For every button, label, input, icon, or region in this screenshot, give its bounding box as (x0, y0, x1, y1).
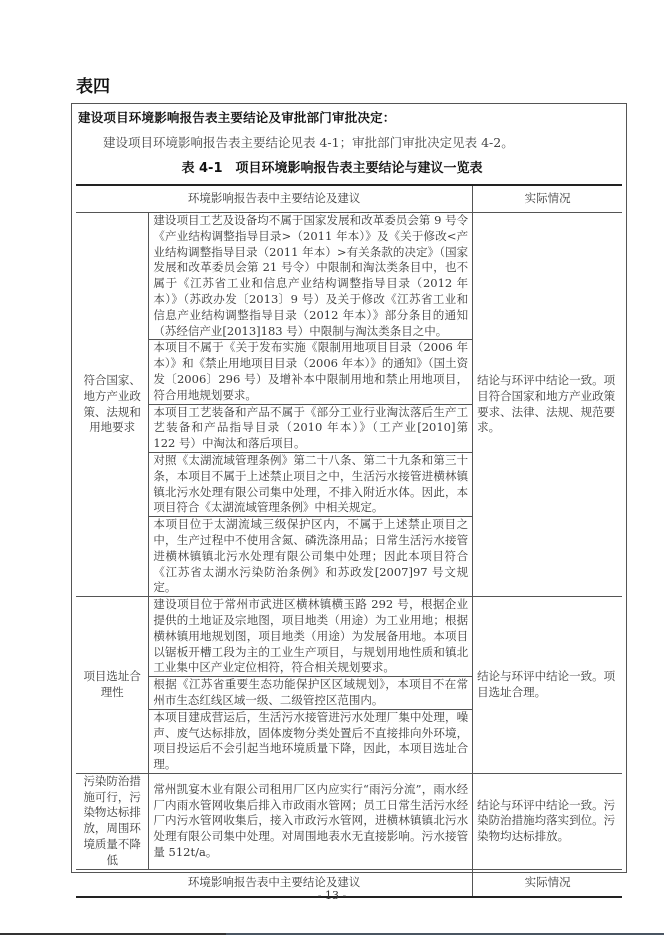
section-heading: 建设项目环境影响报告表主要结论及审批部门审批决定： (78, 108, 396, 126)
category-cell: 项目选址合理性 (76, 597, 149, 774)
conclusion-cell: 建设项目工艺及设备均不属于国家发展和改革委员会第 9 号令《产业结构调整指导目录… (149, 213, 473, 340)
conclusion-cell: 对照《太湖流域管理条例》第二十八条、第二十九条和第三十条，本项目不属于上述禁止项… (149, 452, 473, 516)
category-cell: 符合国家、地方产业政策、法规和用地要求 (76, 213, 149, 597)
category-cell: 污染防治措施可行，污染物达标排放，周围环境质量不降低 (76, 773, 149, 869)
conclusion-cell: 本项目工艺装备和产品不属于《部分工业行业淘汰落后生产工艺装备和产品指导目录（20… (149, 404, 473, 452)
conclusion-cell: 本项目位于太湖流域三级保护区内，不属于上述禁止项目之中，生产过程中不使用含氮、磷… (149, 517, 473, 597)
conclusion-cell: 建设项目位于常州市武进区横林镇横玉路 292 号，根据企业提供的土地证及宗地图，… (149, 597, 473, 677)
conclusions-table: 环境影响报告表中主要结论及建议 实际情况 符合国家、地方产业政策、法规和用地要求… (76, 184, 622, 898)
page-heading: 表四 (76, 72, 110, 97)
header-actual: 实际情况 (473, 185, 622, 213)
table-title: 表 4-1 项目环境影响报告表主要结论与建议一览表 (0, 157, 664, 176)
conclusion-cell: 常州凯宴木业有限公司租用厂区内应实行“雨污分流”，雨水经厂内雨水管网收集后排入市… (149, 773, 473, 869)
header-conclusions: 环境影响报告表中主要结论及建议 (76, 185, 473, 213)
actual-cell: 结论与环评中结论一致。项目符合国家和地方产业政策要求、法律、法规、规范要求。 (473, 213, 622, 597)
conclusion-cell: 本项目不属于《关于发布实施《限制用地项目目录（2006 年本）》和《禁止用地项目… (149, 340, 473, 404)
table-row: 符合国家、地方产业政策、法规和用地要求 建设项目工艺及设备均不属于国家发展和改革… (76, 213, 622, 340)
actual-cell: 结论与环评中结论一致。污染防治措施均落实到位。污染物均达标排放。 (473, 773, 622, 869)
table-row: 污染防治措施可行，污染物达标排放，周围环境质量不降低 常州凯宴木业有限公司租用厂… (76, 773, 622, 869)
intro-paragraph: 建设项目环境影响报告表主要结论见表 4-1；审批部门审批决定见表 4-2。 (103, 133, 514, 151)
conclusion-cell: 根据《江苏省重要生态功能保护区区域规划》，本项目不在常州市生态红线区域一级、二级… (149, 677, 473, 710)
page-number: - 13 - (0, 889, 664, 902)
table-row: 项目选址合理性 建设项目位于常州市武进区横林镇横玉路 292 号，根据企业提供的… (76, 597, 622, 677)
actual-cell: 结论与环评中结论一致。项目选址合理。 (473, 597, 622, 774)
table-header-row: 环境影响报告表中主要结论及建议 实际情况 (76, 185, 622, 213)
conclusion-cell: 本项目建成营运后，生活污水接管进污水处理厂集中处理，噪声、废气达标排放，固体废物… (149, 709, 473, 773)
